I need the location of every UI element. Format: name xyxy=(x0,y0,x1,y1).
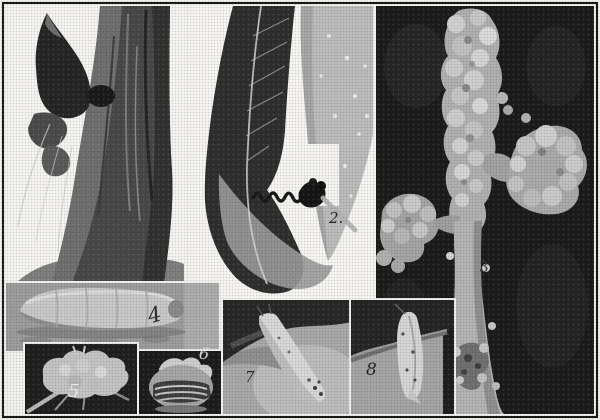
figure-5-label: 5 xyxy=(68,383,79,401)
figure-2-leaves-larval-trail-photo xyxy=(189,6,373,302)
adult-insect-photo-art xyxy=(25,344,137,414)
figure-2-label: 2. xyxy=(329,211,343,226)
figure-1-twig-bud-photo xyxy=(6,6,186,283)
leaves-photo-art xyxy=(189,6,373,302)
egg-mass-photo-art xyxy=(139,351,223,414)
figure-7-moth-photo xyxy=(223,300,352,414)
figure-4-larva-photo xyxy=(6,283,219,351)
moth-photo-art xyxy=(223,300,352,414)
figure-3-label: 3 xyxy=(479,260,489,275)
larva-photo-art xyxy=(6,283,219,351)
twig-photo-art xyxy=(6,6,186,283)
figure-6-egg-mass-photo xyxy=(139,351,223,414)
figure-8-label: 8 xyxy=(366,362,377,379)
bark-blister xyxy=(87,85,115,107)
figure-7-label: 7 xyxy=(245,370,255,385)
moth-photo-art-2 xyxy=(351,300,454,414)
larva-head xyxy=(168,300,184,318)
figure-8-moth-photo xyxy=(351,300,454,414)
photographic-plate: 2. 3 4 5 6 7 8 xyxy=(0,0,600,420)
figure-5-adult-insect-photo xyxy=(25,344,137,414)
